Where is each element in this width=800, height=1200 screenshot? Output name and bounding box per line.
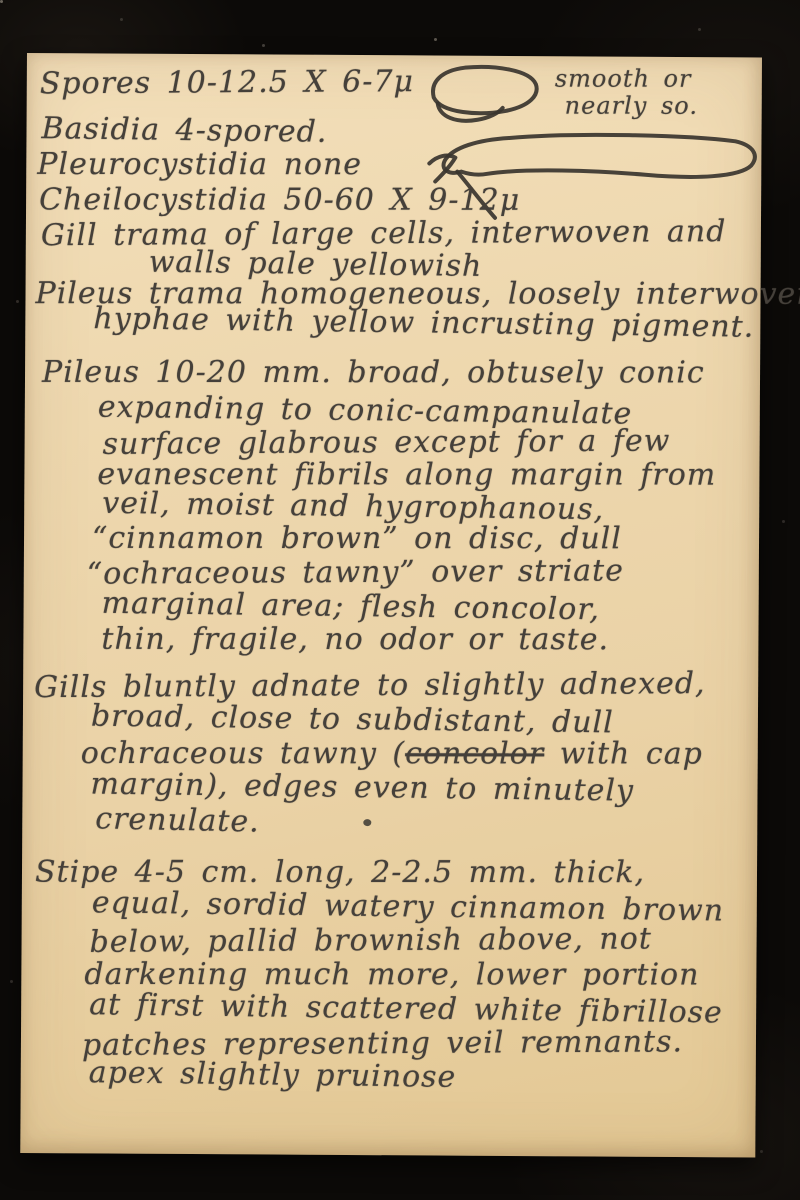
spore-annotation-line1: smooth or bbox=[555, 67, 692, 91]
pileus-line: marginal area; flesh concolor, bbox=[101, 589, 600, 626]
stipe-line: darkening much more, lower portion bbox=[84, 960, 699, 991]
spore-annotation-line2: nearly so. bbox=[565, 94, 698, 118]
photo-black-felt-background: Spores 10-12.5 X 6-7μ smooth or nearly s… bbox=[0, 0, 800, 1200]
gills-line: ochraceous tawny (concolor with cap bbox=[81, 739, 703, 770]
gills-line: Gills bluntly adnate to slightly adnexed… bbox=[34, 669, 706, 703]
gills-line3-suffix: with cap bbox=[544, 736, 703, 771]
basidia-line: Basidia 4-spored. bbox=[41, 114, 327, 148]
pileus-line: surface glabrous except for a few bbox=[103, 426, 671, 459]
stipe-line: at first with scattered white fibrillose bbox=[89, 990, 723, 1028]
ink-dot-mark bbox=[363, 819, 371, 826]
gills-line3-struck-word: concolor bbox=[405, 736, 544, 771]
pileus-line: veil, moist and hygrophanous, bbox=[102, 489, 604, 526]
gills-line: crenulate. bbox=[95, 804, 260, 837]
gills-line: broad, close to subdistant, dull bbox=[91, 702, 614, 739]
stipe-line: Stipe 4-5 cm. long, 2-2.5 mm. thick, bbox=[35, 858, 645, 889]
gills-line: margin), edges even to minutely bbox=[90, 770, 634, 807]
pleurocystidia-line: Pleurocystidia none bbox=[37, 150, 362, 180]
gills-line3-prefix: ochraceous tawny ( bbox=[81, 736, 405, 771]
cheilocystidia-line: Cheilocystidia 50-60 X 9-12μ bbox=[39, 185, 520, 215]
handwritten-note-card: Spores 10-12.5 X 6-7μ smooth or nearly s… bbox=[20, 53, 762, 1157]
gill-trama-line1: Gill trama of large cells, interwoven an… bbox=[41, 217, 727, 251]
pileus-line: Pileus 10-20 mm. broad, obtusely conic bbox=[42, 358, 705, 389]
pileus-line: “ochraceous tawny” over striate bbox=[87, 556, 624, 589]
spore-sketch bbox=[420, 61, 552, 130]
spores-line: Spores 10-12.5 X 6-7μ bbox=[40, 67, 414, 99]
pileus-trama-line2: hyphae with yellow incrusting pigment. bbox=[93, 304, 754, 343]
pileus-line: thin, fragile, no odor or taste. bbox=[101, 625, 609, 655]
stipe-line: below, pallid brownish above, not bbox=[89, 924, 651, 957]
pileus-line: “cinnamon brown” on disc, dull bbox=[92, 524, 622, 554]
stipe-line: apex slightly pruinose bbox=[89, 1058, 457, 1093]
